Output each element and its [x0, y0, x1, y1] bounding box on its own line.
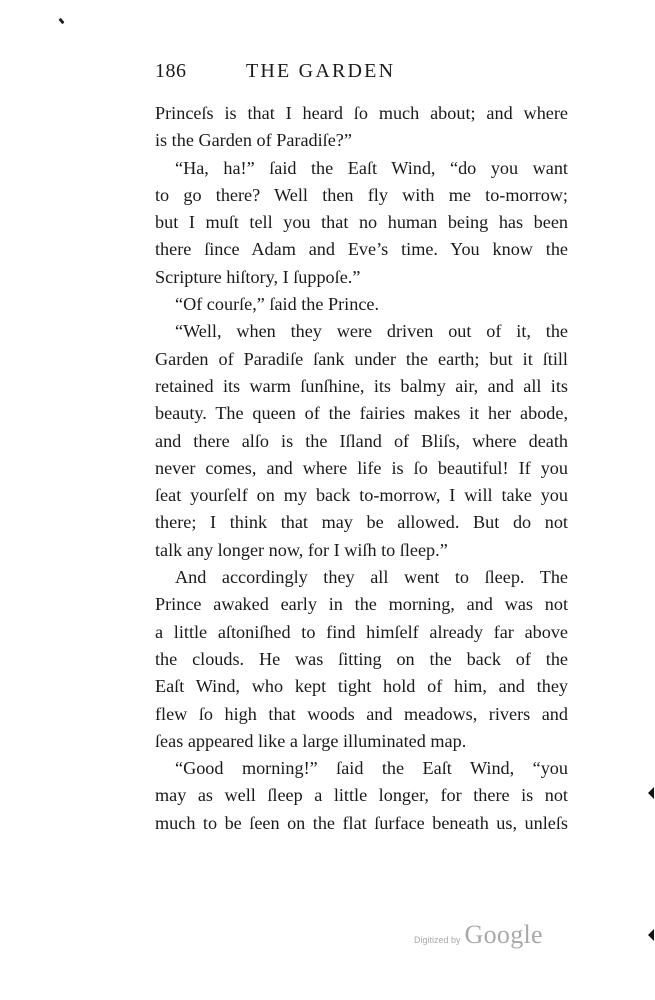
- text-line: to go there? Well then fly with me to-mo…: [155, 182, 568, 209]
- text-line: Prince awaked early in the morning, and …: [155, 591, 568, 618]
- body-text: Princeſs is that I heard ſo much about; …: [155, 100, 568, 837]
- text-line: ſeat yourſelf on my back to-morrow, I wi…: [155, 482, 568, 509]
- text-line: ſeas appeared like a large illuminated m…: [155, 728, 568, 755]
- text-line: and there alſo is the Iſland of Bliſs, w…: [155, 428, 568, 455]
- text-line: talk any longer now, for I wiſh to ſleep…: [155, 537, 568, 564]
- text-line: there; I think that may be allowed. But …: [155, 509, 568, 536]
- book-page: 186 THE GARDEN Princeſs is that I heard …: [0, 0, 655, 1000]
- text-line: Scripture hiſtory, I ſuppoſe.”: [155, 264, 568, 291]
- text-line: Princeſs is that I heard ſo much about; …: [155, 100, 568, 127]
- text-line: never comes, and where life is ſo beauti…: [155, 455, 568, 482]
- text-line: there ſince Adam and Eve’s time. You kno…: [155, 236, 568, 263]
- text-line: is the Garden of Paradiſe?”: [155, 127, 568, 154]
- page-number: 186: [155, 60, 187, 83]
- text-line: “Good morning!” ſaid the Eaſt Wind, “you: [155, 755, 568, 782]
- text-line: Eaſt Wind, who kept tight hold of him, a…: [155, 673, 568, 700]
- text-line: much to be ſeen on the flat ſurface bene…: [155, 810, 568, 837]
- text-line: a little aſtoniſhed to find himſelf alre…: [155, 619, 568, 646]
- text-line: “Ha, ha!” ſaid the Eaſt Wind, “do you wa…: [155, 155, 568, 182]
- text-line: “Of courſe,” ſaid the Prince.: [155, 291, 568, 318]
- page-edge-arrow-icon: [648, 929, 654, 941]
- running-head: 186 THE GARDEN: [155, 60, 570, 90]
- text-line: And accordingly they all went to ſleep. …: [155, 564, 568, 591]
- watermark-prefix: Digitized by: [414, 935, 461, 945]
- page-edge-arrow-icon: [648, 787, 654, 799]
- scan-artifact-mark: [58, 18, 64, 25]
- text-line: but I muſt tell you that no human being …: [155, 209, 568, 236]
- text-line: retained its warm ſunſhine, its balmy ai…: [155, 373, 568, 400]
- text-line: Garden of Paradiſe ſank under the earth;…: [155, 346, 568, 373]
- text-line: beauty. The queen of the fairies makes i…: [155, 400, 568, 427]
- watermark-brand: Google: [465, 920, 543, 949]
- digitized-by-google-watermark: Digitized by Google: [414, 920, 543, 950]
- text-line: may as well ſleep a little longer, for t…: [155, 782, 568, 809]
- text-line: the clouds. He was ſitting on the back o…: [155, 646, 568, 673]
- chapter-title: THE GARDEN: [246, 60, 395, 83]
- text-line: “Well, when they were driven out of it, …: [155, 318, 568, 345]
- text-line: flew ſo high that woods and meadows, riv…: [155, 701, 568, 728]
